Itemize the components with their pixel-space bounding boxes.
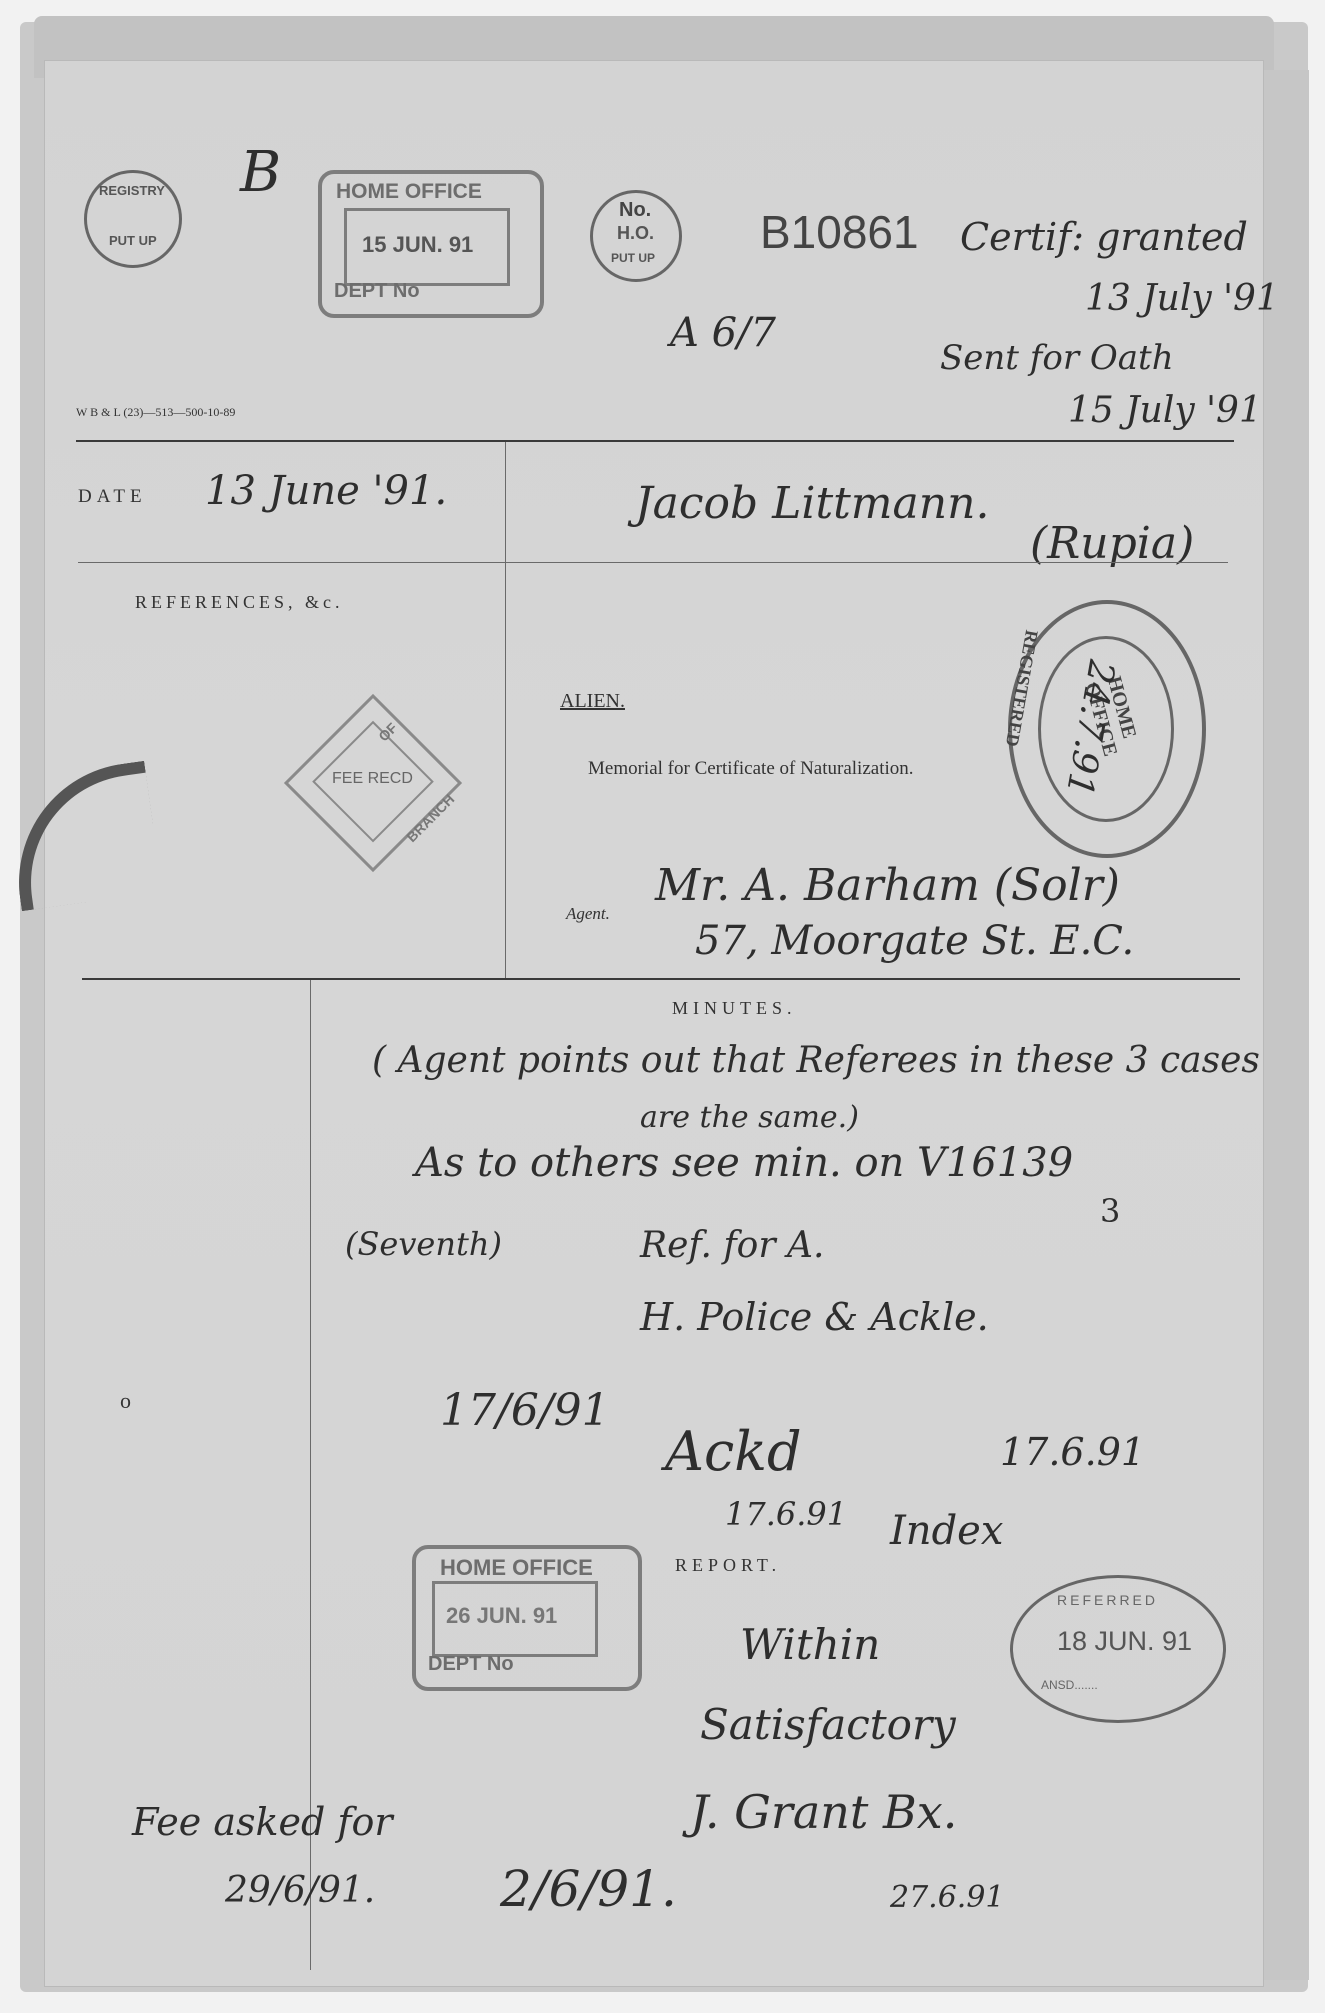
initial-mark: B xyxy=(240,140,281,205)
minute-entry: Ref. for A. xyxy=(640,1225,824,1266)
certificate-note: Certif: granted xyxy=(960,215,1248,259)
minute-entry: (Seventh) xyxy=(345,1225,502,1263)
agent-label: Agent. xyxy=(566,904,610,924)
report-entry: Satisfactory xyxy=(700,1700,956,1749)
report-label: REPORT. xyxy=(675,1555,781,1576)
referred-stamp: REFERRED 18 JUN. 91 ANSD....... xyxy=(1010,1575,1226,1723)
date-value: 13 June '91. xyxy=(205,468,447,514)
home-office-registered-stamp: HOME OFFICE REGISTERED 24.7.91 xyxy=(1008,600,1206,858)
fee-date: 29/6/91. xyxy=(225,1870,375,1911)
date-label: DATE xyxy=(78,486,147,508)
bracket-note: A 6/7 xyxy=(670,310,776,356)
column-divider-top xyxy=(505,442,506,979)
report-entry: J. Grant Bx. xyxy=(690,1785,957,1839)
category-label: ALIEN. xyxy=(560,690,625,713)
date-row-rule xyxy=(78,562,1228,563)
minute-entry: 17.6.91 xyxy=(725,1495,847,1533)
agent-name: Mr. A. Barham (Solr) xyxy=(655,860,1120,911)
registry-put-up-stamp: REGISTRY PUT UP xyxy=(84,170,182,268)
minute-entry: 17/6/91 xyxy=(440,1385,610,1436)
applicant-name: Jacob Littmann. xyxy=(635,478,989,529)
fee-note: Fee asked for xyxy=(132,1800,393,1844)
minute-entry: As to others see min. on V16139 xyxy=(415,1140,1073,1186)
margin-mark: o xyxy=(120,1388,131,1414)
agent-row-rule xyxy=(82,978,1240,980)
minute-entry: 3 xyxy=(1100,1192,1120,1230)
agent-address: 57, Moorgate St. E.C. xyxy=(695,918,1134,964)
report-entry: 2/6/91. xyxy=(500,1860,677,1918)
oath-date: 15 July '91 xyxy=(1068,390,1262,431)
file-number: B10861 xyxy=(760,205,919,259)
subject-text: Memorial for Certificate of Naturalizati… xyxy=(588,758,914,780)
certificate-date: 13 July '91 xyxy=(1085,278,1279,319)
minute-entry: Index xyxy=(890,1508,1003,1554)
folder-right-flap xyxy=(1262,70,1309,1980)
fee-received-label: FEE RECD xyxy=(332,770,413,788)
home-office-dept-stamp: HOME OFFICE 26 JUN. 91 DEPT No xyxy=(412,1545,642,1691)
report-entry: 27.6.91 xyxy=(890,1880,1005,1915)
minute-entry: H. Police & Ackle. xyxy=(640,1295,989,1339)
form-code: W B & L (23)—513—500-10-89 xyxy=(76,405,235,420)
references-label: REFERENCES, &c. xyxy=(135,592,344,613)
registry-ho-put-up-stamp: No. H.O. PUT UP xyxy=(590,190,682,282)
minute-entry: 17.6.91 xyxy=(1000,1430,1145,1474)
minutes-label: MINUTES. xyxy=(672,998,797,1019)
oath-note: Sent for Oath xyxy=(940,338,1174,378)
minute-entry: are the same.) xyxy=(640,1100,859,1135)
minute-entry: Ackd xyxy=(665,1420,802,1483)
report-entry: Within xyxy=(740,1620,880,1669)
home-office-received-stamp: HOME OFFICE 15 JUN. 91 DEPT No xyxy=(318,170,544,318)
minute-entry: ( Agent points out that Referees in thes… xyxy=(372,1040,1260,1081)
header-rule xyxy=(76,440,1234,442)
